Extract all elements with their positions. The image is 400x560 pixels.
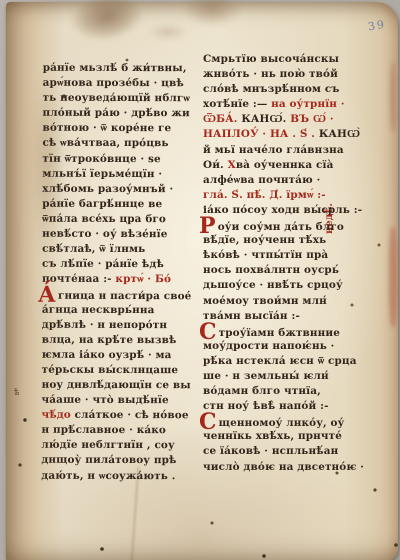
- text-segment: іа́ко по́соу ходн вы́срль :-: [203, 204, 362, 216]
- text-segment: се їа́ковѣ · нспльнѣ́ан: [203, 445, 338, 457]
- text-segment: число̀ дво́ѥ на двсетно́ѥ ·: [203, 461, 364, 473]
- text-segment: й мьї наче́ло гла́внзна: [203, 144, 344, 156]
- text-line: Строу́їамн бжтвнние: [203, 324, 361, 339]
- rubric-initial: А́: [38, 290, 56, 300]
- text-line: а́гнца нескврь́нна: [42, 302, 200, 318]
- text-segment: во́дамн блго чтнїа,: [203, 385, 321, 397]
- text-segment: дрѣ́влѣ · н непоро́тн: [42, 318, 167, 330]
- text-segment: сло́вѣ мнъзрѣ́нном съ: [203, 83, 339, 95]
- text-line: днщоу̀ пила́товоу прѣ: [41, 453, 199, 469]
- text-line: число̀ дво́ѥ на двсетно́ѥ ·: [203, 460, 361, 475]
- rubric-initial: С: [199, 417, 217, 427]
- fore-edge-stain-upper: [390, 62, 396, 132]
- text-segment: Ои́.: [203, 159, 228, 171]
- text-line: стн ноу́ ѣвѣ̀ напо́й :-: [203, 399, 361, 414]
- text-segment: алфе́ѡва почнта́ю ·: [203, 174, 320, 186]
- text-line: Роу́и соу́мн да́ть блго: [203, 218, 361, 233]
- text-segment: ть неоуведа́ющїй нблгѡ: [43, 92, 190, 105]
- text-line: іа́ко по́соу ходн вы́срль :-: [203, 203, 361, 218]
- text-segment: свѣ́тлаѣ, ѿ їлнмь: [42, 243, 145, 255]
- text-line: лю́дїе неблгтнїн , соу: [41, 438, 199, 454]
- text-line: во́тною · ѿ коре́не ге: [42, 121, 200, 137]
- text-segment: ѾБА́.: [203, 113, 241, 125]
- fore-edge-red-stain: [389, 227, 397, 327]
- text-segment: те́рьскы вы́склнцаше: [42, 364, 179, 376]
- text-segment: чѣ́до: [41, 409, 70, 421]
- manuscript-page: 39 недѣ́. ѣ ра́нїе мьзлѣ́ б жи́твны,арѡ́…: [6, 2, 398, 560]
- photo-background: { "page": { "folio_number": "39", "margi…: [0, 0, 400, 560]
- text-segment: во́тною · ѿ коре́не ге: [42, 122, 171, 134]
- text-segment: влца, на крѣ́те вызвѣ: [42, 333, 177, 345]
- text-line: ѥмла іа́ко оузрѣ́ · ма: [42, 348, 200, 364]
- text-line: мльнъ́ї їерьме́щїн ·: [42, 166, 200, 182]
- text-line: сѣ ѡва́чтваа, про́цвь: [42, 136, 200, 152]
- text-line: ѿпа́ла все́хь цра бго: [42, 212, 200, 228]
- text-segment: вѣ́дїе, ноу́ченн тѣ́хь: [203, 234, 326, 246]
- text-segment: невѣ́сто · оу́ вѣзе́нїе: [42, 228, 167, 240]
- text-line: дрѣ́влѣ · н непоро́тн: [42, 317, 200, 333]
- text-segment: съ лѣ́пїе · ра́нїе ѣдѣ: [42, 258, 164, 270]
- text-segment: днщоу̀ пила́товоу прѣ: [41, 454, 176, 466]
- text-segment: ѥмла іа́ко оузрѣ́ · ма: [42, 349, 172, 361]
- text-line: ра́нїе мьзлѣ́ б жи́твны,: [43, 61, 201, 77]
- text-line: тва́мн высїа́н :-: [203, 309, 361, 324]
- text-line: ра́нїе багрѣ́ннце ве: [42, 197, 200, 213]
- text-segment: ВЪ Ѡ́ ·: [290, 113, 333, 125]
- text-segment: троу́їамн бжтвнние: [219, 327, 340, 339]
- text-line: мое́моу твои́мн млн́: [203, 294, 361, 309]
- text-line: дьшоу́се · нвѣ́ть срцоу́: [203, 278, 361, 293]
- ink-stain-top-left: [67, 0, 147, 46]
- text-segment: ше · н земльны́ ѥлн́: [203, 370, 329, 382]
- text-segment: НАПЛОУ́ · НА . Ѕ́ .: [203, 128, 319, 140]
- text-line: ченнїкь хвѣ́хь, прнчте́: [203, 429, 361, 444]
- text-line: ть неоуведа́ющїй нблгѡ: [43, 91, 201, 107]
- faint-stain: [148, 24, 188, 40]
- text-line: свѣ́тлаѣ, ѿ їлнмь: [42, 242, 200, 258]
- text-line: алфе́ѡва почнта́ю ·: [203, 173, 361, 188]
- text-line: й мьї наче́ло гла́внзна: [203, 143, 361, 158]
- text-line: те́рьскы вы́склнцаше: [42, 363, 200, 379]
- text-line: А́гница н пасти́ра свое́: [42, 287, 200, 303]
- text-segment: КАНѠ́.: [241, 113, 290, 125]
- text-segment: ѣко́вѣ · чтпы́тїн пра̀: [203, 249, 328, 261]
- text-line: съ лѣ́пїе · ра́нїе ѣдѣ: [42, 257, 200, 273]
- text-segment: ва̀ оу́ченнка сїа̀: [236, 159, 334, 171]
- text-line: жнво́ть · нь пою̀ тво́й: [203, 67, 361, 82]
- text-segment: КАНѠ̀: [319, 128, 360, 140]
- text-line: сло́вѣ мнъзрѣ́нном съ: [203, 82, 361, 97]
- manuscript-column-left: ра́нїе мьзлѣ́ б жи́твны,арѡ́нова прозе́б…: [41, 61, 200, 484]
- text-segment: сѣ ѡва́чтваа, про́цвь: [42, 137, 168, 149]
- text-segment: оу́и соу́мн да́ть блго: [218, 221, 344, 233]
- text-segment: гла́. Ѕ́. пѣ́. Д́. їрмѡ́ :-: [203, 189, 326, 201]
- text-segment: на оу́трнїн ·: [271, 98, 344, 110]
- text-line: во́дамн блго чтнїа,: [203, 384, 361, 399]
- ink-specks: [6, 2, 8, 4]
- folio-number: 39: [367, 18, 387, 34]
- text-segment: мльнъ́ї їерьме́щїн ·: [42, 167, 162, 179]
- text-segment: даю́ть, н ѡсоужа́ють .: [41, 469, 175, 481]
- text-line: тїн ѿтроко́внце · ѕе: [42, 151, 200, 167]
- text-segment: тїн ѿтроко́внце · ѕе: [42, 152, 160, 164]
- text-segment: лю́дїе неблгтнїн , соу: [41, 439, 174, 451]
- text-segment: кртѡ́ · Бо́: [115, 273, 171, 285]
- text-segment: ра́нїе багрѣ́ннце ве: [42, 198, 162, 210]
- text-line: н прѣ́славное · ка́ко: [41, 423, 199, 439]
- text-segment: гница н пасти́ра свое́: [58, 290, 191, 302]
- text-segment: ча́аше · что̀ выдѣ́нїе: [42, 394, 169, 406]
- text-segment: дьшоу́се · нвѣ́ть срцоу́: [203, 279, 343, 291]
- text-line: Смрьтїю высоча́нскы: [203, 52, 361, 67]
- text-line: нось похва́лнтн оусрь́: [203, 263, 361, 278]
- text-line: рѣ́ка нстекла́ ѥсн ѿ срца: [203, 354, 361, 369]
- text-segment: тва́мн высїа́н :-: [203, 310, 300, 322]
- text-line: почте́наа :- кртѡ́ · Бо́: [42, 272, 200, 288]
- manuscript-column-right: Смрьтїю высоча́нскыжнво́ть · нь пою̀ тво…: [203, 52, 361, 475]
- text-segment: мое́моу твои́мн млн́: [203, 295, 327, 307]
- text-line: вѣ́дїе, ноу́ченн тѣ́хь: [203, 233, 361, 248]
- text-line: ноу днвлѣ́дающїн се вы: [42, 378, 200, 394]
- text-segment: арѡ́нова прозе́бы · цвѣ: [43, 77, 184, 89]
- text-segment: ченнїкь хвѣ́хь, прнчте́: [203, 430, 342, 442]
- text-segment: Х: [228, 159, 236, 171]
- text-segment: ноу днвлѣ́дающїн се вы: [42, 379, 191, 392]
- text-line: гла́. Ѕ́. пѣ́. Д́. їрмѡ́ :-: [203, 188, 361, 203]
- text-line: пло́ный ра́ю · дрѣ́во жи: [43, 106, 201, 122]
- rubric-initial: С: [199, 327, 217, 337]
- text-line: Сщенномоу́ лнко́у, оу́: [203, 414, 361, 429]
- text-segment: ра́нїе мьзлѣ́ б жи́твны,: [43, 62, 187, 75]
- rubric-initial: Р: [199, 221, 216, 231]
- text-segment: сла́ткое · сѣ но́вое: [71, 409, 189, 421]
- text-line: невѣ́сто · оу́ вѣзе́нїе: [42, 227, 200, 243]
- text-line: хлѣ́бомь разоу́мнъй ·: [42, 181, 200, 197]
- text-segment: нось похва́лнтн оусрь́: [203, 264, 339, 276]
- text-segment: а́гнца нескврь́нна: [42, 303, 155, 315]
- text-segment: хотѣ́нїе :—: [203, 98, 271, 110]
- text-line: се їа́ковѣ · нспльнѣ́ан: [203, 444, 361, 459]
- text-line: Ои́. Хва̀ оу́ченнка сїа̀: [203, 158, 361, 173]
- text-line: ше · н земльны́ ѥлн́: [203, 369, 361, 384]
- text-segment: ѿпа́ла все́хь цра бго: [42, 213, 166, 225]
- text-segment: н прѣ́славное · ка́ко: [41, 424, 166, 436]
- text-line: ѾБА́. КАНѠ́. ВЪ Ѡ́ ·: [203, 112, 361, 127]
- ink-stain-top-center: [182, 0, 242, 26]
- text-segment: жнво́ть · нь пою̀ тво́й: [203, 68, 338, 80]
- text-line: чѣ́до сла́ткое · сѣ но́вое: [41, 408, 199, 424]
- margin-mark: ѣ: [14, 388, 19, 398]
- text-segment: рѣ́ка нстекла́ ѥсн ѿ срца: [203, 355, 357, 367]
- text-line: даю́ть, н ѡсоужа́ють .: [41, 468, 199, 484]
- text-segment: щенномоу́ лнко́у, оу́: [219, 417, 345, 429]
- text-line: влца, на крѣ́те вызвѣ: [42, 332, 200, 348]
- text-segment: пло́ный ра́ю · дрѣ́во жи: [43, 107, 190, 120]
- text-segment: стн ноу́ ѣвѣ̀ напо́й :-: [203, 400, 329, 412]
- text-line: ѣко́вѣ · чтпы́тїн пра̀: [203, 248, 361, 263]
- text-line: арѡ́нова прозе́бы · цвѣ: [43, 76, 201, 92]
- text-segment: хлѣ́бомь разоу́мнъй ·: [42, 182, 173, 194]
- text-line: хотѣ́нїе :— на оу́трнїн ·: [203, 97, 361, 112]
- text-line: НАПЛОУ́ · НА . Ѕ́ . КАНѠ̀: [203, 127, 361, 142]
- text-segment: моу́дрости напоѥ́нь ·: [203, 340, 334, 352]
- text-line: ча́аше · что̀ выдѣ́нїе: [42, 393, 200, 409]
- text-line: моу́дрости напоѥ́нь ·: [203, 339, 361, 354]
- text-segment: Смрьтїю высоча́нскы: [203, 53, 339, 65]
